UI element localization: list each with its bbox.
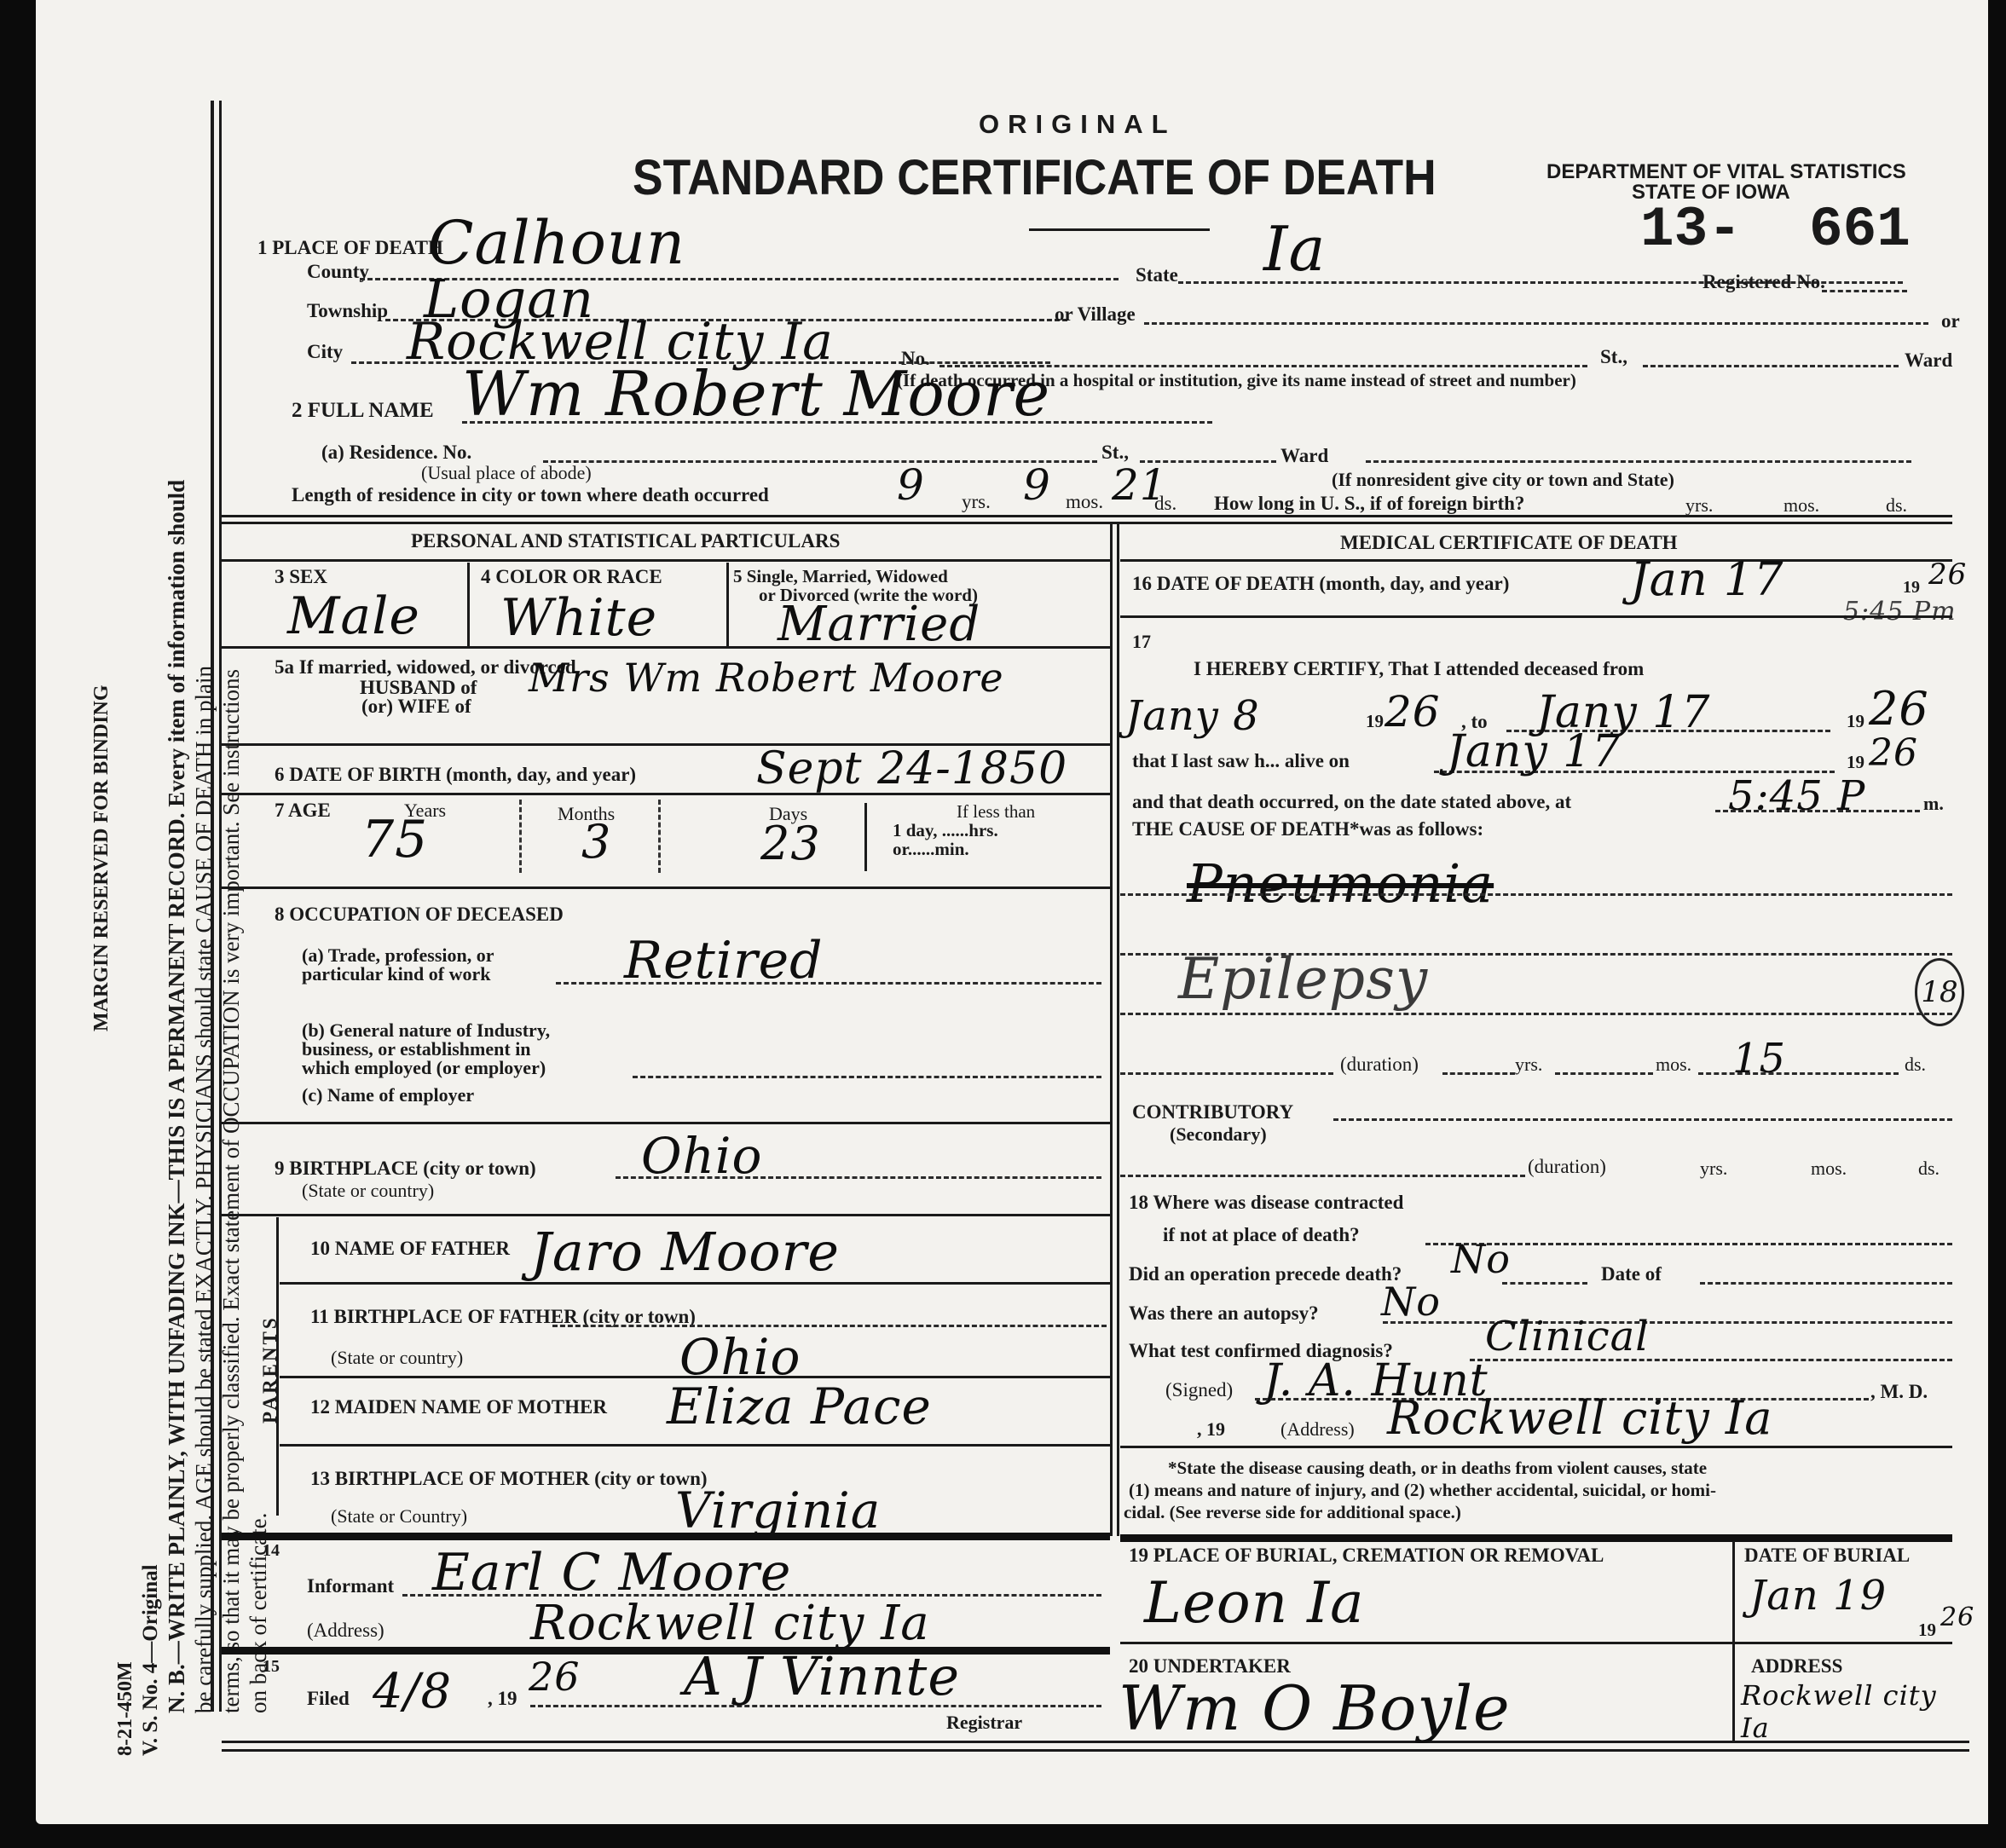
signed-label: (Signed): [1165, 1379, 1233, 1401]
operation-date-label: Date of: [1601, 1263, 1662, 1285]
duration-days-label: ds.: [1905, 1054, 1926, 1076]
rule: [222, 1741, 1969, 1743]
township-label: Township: [307, 300, 388, 322]
age-months-value[interactable]: 3: [581, 815, 611, 869]
cause-of-death-value[interactable]: Epilepsy: [1178, 946, 1428, 1012]
rule: [222, 515, 1952, 517]
secondary-months-label: mos.: [1811, 1158, 1847, 1180]
filed-number: 15: [263, 1657, 280, 1677]
secondary-line: [1120, 1175, 1525, 1177]
duration-years-label: yrs.: [1515, 1054, 1542, 1076]
rule: [222, 793, 1110, 795]
undertaker-address-label: ADDRESS: [1751, 1655, 1842, 1678]
race-label: 4 COLOR OR RACE: [481, 566, 662, 588]
rule: [1120, 1446, 1952, 1448]
duration-days-line: [1698, 1072, 1899, 1075]
sex-label: 3 SEX: [275, 566, 327, 588]
us-days-label: ds.: [1886, 494, 1907, 517]
disease-contracted-label-1: 18 Where was disease contracted: [1129, 1192, 1403, 1214]
cell-divider: [519, 800, 522, 873]
mother-name-label: 12 MAIDEN NAME OF MOTHER: [310, 1396, 607, 1418]
less-than-day-label-3: or......min.: [893, 839, 969, 860]
attended-from-value[interactable]: Jany 8: [1125, 692, 1260, 740]
form-border-left: [211, 101, 214, 1712]
footnote-line-3: cidal. (See reverse side for additional …: [1124, 1502, 1461, 1523]
rule: [222, 646, 1110, 649]
race-value[interactable]: White: [500, 588, 657, 648]
mother-birthplace-label: 13 BIRTHPLACE OF MOTHER (city or town): [310, 1468, 708, 1490]
mother-birthplace-sub-label: (State or Country): [331, 1505, 467, 1527]
cell-divider: [864, 803, 867, 871]
us-months-label: mos.: [1783, 494, 1819, 517]
father-birthplace-line: [552, 1325, 1107, 1327]
last-saw-year-prefix: 19: [1847, 752, 1864, 773]
age-days-value[interactable]: 23: [760, 817, 821, 870]
test-diagnosis-line: [1470, 1359, 1952, 1361]
residence-years-value[interactable]: 9: [897, 460, 925, 510]
informant-label: Informant: [307, 1575, 394, 1597]
secondary-years-label: yrs.: [1700, 1158, 1727, 1180]
last-saw-year-value[interactable]: 26: [1869, 731, 1918, 775]
autopsy-line: [1383, 1321, 1952, 1324]
date-of-birth-value[interactable]: Sept 24-1850: [756, 743, 1067, 794]
full-name-value[interactable]: Wm Robert Moore: [462, 358, 1050, 430]
burial-date-label: DATE OF BURIAL: [1744, 1545, 1910, 1567]
item-17-number: 17: [1132, 631, 1151, 653]
death-time-value[interactable]: 5:45 P: [1728, 772, 1865, 820]
mother-birthplace-value[interactable]: Virginia: [675, 1481, 881, 1539]
nonresident-note: (If nonresident give city or town and St…: [1332, 469, 1674, 491]
registered-number-label: Registered No.: [1702, 271, 1825, 293]
contributory-line: [1333, 1118, 1952, 1121]
spouse-label-3: (or) WIFE of: [361, 696, 471, 718]
cause-line-1: [1120, 893, 1952, 896]
certificate-number: 13- 661: [1640, 198, 1911, 262]
physician-address-label: (Address): [1280, 1418, 1355, 1441]
residence-label: (a) Residence. No.: [321, 442, 471, 464]
burial-year-prefix: 19: [1918, 1620, 1936, 1641]
residence-line: [543, 460, 1097, 463]
date-of-death-label: 16 DATE OF DEATH (month, day, and year): [1132, 573, 1509, 595]
contributory-label: CONTRIBUTORY: [1132, 1101, 1293, 1123]
rule: [1120, 1642, 1952, 1644]
attended-from-year-value[interactable]: 26: [1385, 687, 1441, 736]
duration-days-value[interactable]: 15: [1732, 1035, 1786, 1083]
md-label: , M. D.: [1870, 1381, 1928, 1403]
date-of-death-year-value[interactable]: 26: [1928, 557, 1967, 592]
father-name-label: 10 NAME OF FATHER: [310, 1238, 510, 1260]
duration-years-line: [1442, 1072, 1515, 1075]
residence-ward-value-line: [1366, 460, 1911, 463]
rule: [1120, 615, 1952, 618]
cause-line-3: [1120, 1013, 1952, 1015]
burial-place-value[interactable]: Leon Ia: [1144, 1570, 1365, 1636]
age-years-value[interactable]: 75: [361, 810, 428, 869]
sex-value[interactable]: Male: [287, 586, 420, 646]
operation-label: Did an operation precede death?: [1129, 1263, 1402, 1285]
informant-number: 14: [263, 1541, 280, 1561]
margin-mark-circled: 18: [1915, 958, 1964, 1026]
cause-of-death-label: THE CAUSE OF DEATH*was as follows:: [1132, 818, 1483, 840]
signature-year-label: , 19: [1197, 1418, 1225, 1441]
rule: [280, 1444, 1110, 1447]
state-value[interactable]: Ia: [1263, 213, 1326, 285]
secondary-duration-label: (duration): [1528, 1156, 1606, 1178]
birthplace-sub-label: (State or country): [302, 1180, 434, 1202]
father-name-value[interactable]: Jaro Moore: [530, 1221, 840, 1283]
death-certificate-page: MARGIN RESERVED FOR BINDING 8-21-450M V.…: [36, 0, 1988, 1824]
village-label: or Village: [1055, 303, 1136, 326]
undertaker-name-value[interactable]: Wm O Boyle: [1119, 1672, 1511, 1744]
residence-days-label: ds.: [1154, 493, 1176, 515]
attended-to-year-value[interactable]: 26: [1869, 682, 1929, 736]
ward-line: [1643, 365, 1899, 367]
secondary-days-label: ds.: [1918, 1158, 1940, 1180]
cell-divider: [726, 563, 729, 646]
disease-contracted-label-2: if not at place of death?: [1163, 1224, 1360, 1246]
full-name-label: 2 FULL NAME: [292, 399, 434, 423]
mother-name-value[interactable]: Eliza Pace: [667, 1377, 932, 1435]
form-border-left-inner: [219, 101, 222, 1712]
attended-from-year-prefix: 19: [1366, 711, 1384, 732]
operation-date-line: [1700, 1282, 1952, 1285]
marital-status-value[interactable]: Married: [778, 597, 980, 652]
form-code: 8-21-450M: [111, 1661, 140, 1756]
attended-to-year-prefix: 19: [1847, 711, 1864, 732]
duration-label: (duration): [1340, 1054, 1419, 1076]
street-label: St.,: [1600, 346, 1627, 368]
date-of-birth-label: 6 DATE OF BIRTH (month, day, and year): [275, 764, 636, 786]
trade-label-2: particular kind of work: [302, 963, 490, 985]
thick-rule: [1120, 1534, 1952, 1542]
parents-side-label: PARENTS: [259, 1315, 281, 1424]
rule: [222, 559, 1110, 562]
filed-year-prefix: , 19: [488, 1688, 517, 1710]
length-of-residence-label: Length of residence in city or town wher…: [292, 484, 769, 506]
abode-note: (Usual place of abode): [421, 462, 592, 484]
column-divider-inner: [1117, 522, 1119, 1536]
footnote-line-2: (1) means and nature of injury, and (2) …: [1129, 1480, 1716, 1501]
father-birthplace-sub-label: (State or country): [331, 1347, 463, 1369]
birthplace-label: 9 BIRTHPLACE (city or town): [275, 1158, 536, 1180]
cell-divider: [467, 563, 470, 646]
last-saw-value[interactable]: Jany 17: [1447, 726, 1621, 777]
residence-months-value[interactable]: 9: [1023, 460, 1051, 510]
thick-rule: [222, 1647, 1110, 1655]
rule: [222, 522, 1952, 524]
rule: [1120, 559, 1952, 562]
rule: [280, 1282, 1110, 1285]
burial-date-value[interactable]: Jan 19: [1749, 1572, 1887, 1620]
birthplace-value[interactable]: Ohio: [641, 1127, 762, 1185]
occupation-label: 8 OCCUPATION OF DECEASED: [275, 904, 564, 926]
test-diagnosis-value[interactable]: Clinical: [1485, 1313, 1650, 1360]
medical-section-title: MEDICAL CERTIFICATE OF DEATH: [1340, 532, 1678, 554]
filed-date-value[interactable]: 4/8: [373, 1664, 452, 1719]
ward-label: Ward: [1905, 349, 1952, 372]
autopsy-label: Was there an autopsy?: [1129, 1302, 1319, 1325]
personal-section-title: PERSONAL AND STATISTICAL PARTICULARS: [411, 530, 840, 552]
margin-binding-note: MARGIN RESERVED FOR BINDING: [87, 684, 116, 1031]
footnote-line-1: *State the disease causing death, or in …: [1168, 1458, 1707, 1479]
informant-name-value[interactable]: Earl C Moore: [432, 1543, 791, 1603]
operation-value[interactable]: No: [1451, 1236, 1511, 1282]
filed-label: Filed: [307, 1688, 350, 1710]
state-label: State: [1136, 264, 1178, 286]
burial-place-label: 19 PLACE OF BURIAL, CREMATION OR REMOVAL: [1129, 1545, 1604, 1567]
registrar-signature: A J Vinnte: [684, 1645, 960, 1707]
or-label: or: [1941, 310, 1960, 332]
certificate-title: STANDARD CERTIFICATE OF DEATH: [633, 149, 1437, 206]
rule: [222, 1214, 1110, 1216]
trade-value[interactable]: Retired: [624, 931, 824, 990]
rule: [222, 886, 1110, 889]
form-number: V. S. No. 4—Original: [136, 1564, 165, 1756]
foreign-birth-label: How long in U. S., if of foreign birth?: [1214, 493, 1524, 515]
burial-column-divider: [1732, 1541, 1735, 1741]
death-occurred-label: and that death occurred, on the date sta…: [1132, 791, 1571, 813]
duration-months-line: [1555, 1072, 1653, 1075]
operation-line: [1502, 1282, 1587, 1285]
cause-struck-value[interactable]: Pneumonia: [1187, 852, 1494, 915]
date-of-death-value[interactable]: Jan 17: [1630, 552, 1784, 606]
age-label: 7 AGE: [275, 800, 331, 822]
time-of-death-note[interactable]: 5:45 Pm: [1843, 597, 1957, 627]
city-label: City: [307, 341, 343, 363]
date-of-death-year-prefix: 19: [1903, 578, 1920, 598]
place-of-death-label: 1 PLACE OF DEATH: [257, 237, 443, 259]
certify-statement: I HEREBY CERTIFY, That I attended deceas…: [1194, 658, 1644, 680]
spouse-value[interactable]: Mrs Wm Robert Moore: [529, 655, 1004, 701]
industry-line: [633, 1076, 1101, 1078]
residence-ward-label: Ward: [1280, 445, 1328, 467]
undertaker-address-value[interactable]: Rockwell city Ia: [1741, 1679, 1954, 1744]
residence-months-label: mos.: [1066, 491, 1103, 513]
duration-line: [1120, 1072, 1333, 1075]
column-divider: [1110, 522, 1113, 1536]
village-line: [1144, 322, 1928, 325]
cell-divider: [658, 800, 661, 873]
burial-year-value[interactable]: 26: [1940, 1603, 1974, 1632]
title-underline: [1029, 228, 1210, 231]
us-years-label: yrs.: [1685, 494, 1713, 517]
thick-rule: [222, 1533, 1110, 1540]
informant-address-label: (Address): [307, 1620, 384, 1642]
residence-years-label: yrs.: [962, 491, 991, 513]
last-saw-label: that I last saw h... alive on: [1132, 750, 1350, 772]
secondary-label: (Secondary): [1170, 1123, 1267, 1146]
original-label: ORIGINAL: [979, 109, 1176, 140]
registered-number-line: [1822, 290, 1907, 292]
autopsy-value[interactable]: No: [1381, 1279, 1441, 1325]
rule: [222, 1122, 1110, 1124]
meridiem-label: m.: [1923, 793, 1944, 815]
duration-months-label: mos.: [1656, 1054, 1691, 1076]
physician-address-value[interactable]: Rockwell city Ia: [1387, 1391, 1772, 1445]
industry-label-3: which employed (or employer): [302, 1057, 546, 1079]
employer-label: (c) Name of employer: [302, 1084, 474, 1106]
filed-year-value[interactable]: 26: [529, 1654, 581, 1700]
registrar-label: Registrar: [946, 1712, 1022, 1734]
instruction-line-1: N. B.—WRITE PLAINLY, WITH UNFADING INK—T…: [162, 480, 191, 1713]
rule: [222, 1749, 1969, 1752]
informant-address-value[interactable]: Rockwell city Ia: [530, 1596, 930, 1651]
